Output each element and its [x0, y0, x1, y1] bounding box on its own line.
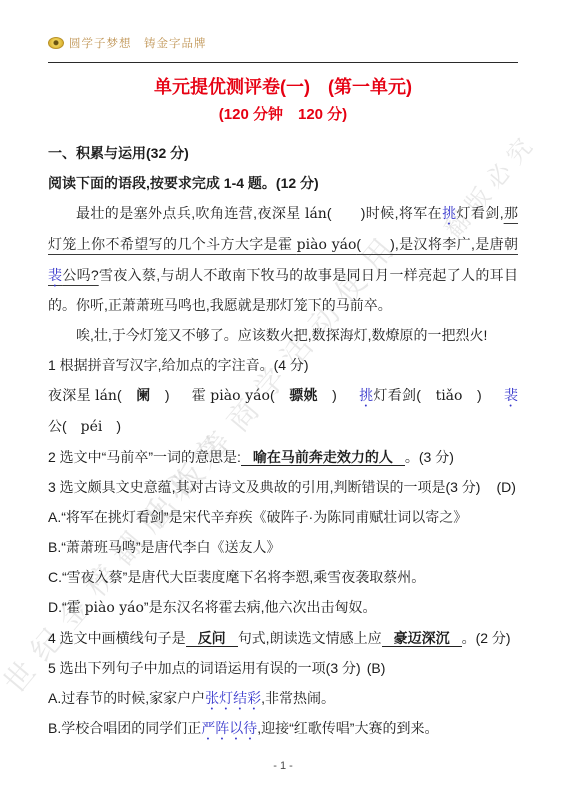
- section-heading: 一、积累与运用(32 分): [48, 138, 518, 168]
- option-text: ,迎接“红歌传唱”大赛的到来。: [257, 720, 438, 736]
- exam-body: 一、积累与运用(32 分) 阅读下面的语段,按要求完成 1-4 题。(12 分)…: [48, 138, 518, 743]
- pinyin-text: lán: [95, 388, 117, 404]
- question-text: 2 选文中“马前卒”一词的意思是:: [48, 449, 241, 465]
- paren: ): [102, 418, 121, 434]
- paren: ): [151, 387, 170, 403]
- brand-seal-icon: [48, 37, 64, 49]
- question-5-option-a: A.过春节的时候,家家户户张灯结彩,非常热闹。: [48, 683, 518, 713]
- dotted-char-tiao: 挑: [359, 387, 374, 403]
- answer-item: 霍 piào yáo( 骠姚 ): [191, 387, 336, 403]
- question-4: 4 选文中画横线句子是反问句式,朗读选文情感上应豪迈深沉。(2 分): [48, 623, 518, 653]
- paren: (: [270, 387, 289, 403]
- answer-key: (D): [496, 479, 515, 495]
- pinyin-text: piào yáo: [85, 600, 144, 616]
- question-1-answers: 夜深星 lán( 阑 )霍 piào yáo( 骠姚 )挑灯看剑( tiǎo )…: [48, 380, 518, 442]
- passage-text: ( )时候,将军在: [327, 205, 442, 221]
- question-text: 。(3 分): [405, 449, 454, 465]
- option-text: B.学校合唱团的同学们正: [48, 720, 201, 736]
- dotted-word: 严阵以待: [201, 720, 257, 736]
- question-text: 4 选文中画横线句子是: [48, 630, 186, 646]
- brand-text: 圆学子梦想 铸金字品牌: [69, 35, 207, 51]
- passage-intro: 阅读下面的语段,按要求完成 1-4 题。(12 分): [48, 168, 518, 198]
- pinyin-text: piào yáo: [210, 388, 270, 404]
- answer-key: (B): [367, 660, 386, 676]
- stem-text: 公: [48, 418, 62, 434]
- stem-text: 霍: [191, 387, 210, 403]
- answer-pinyin: tiǎo: [436, 388, 463, 404]
- answer-blank: 喻在马前奔走效力的人: [241, 449, 405, 466]
- answer-blank: 豪迈深沉: [382, 630, 462, 647]
- dotted-word: 张灯结彩: [205, 690, 261, 706]
- question-text: 句式,朗读选文情感上应: [238, 630, 382, 646]
- paren: ): [462, 387, 481, 403]
- brand-header: 圆学子梦想 铸金字品牌: [48, 33, 518, 53]
- answer-item: 夜深星 lán( 阑 ): [48, 387, 169, 403]
- page-number: - 1 -: [0, 760, 566, 772]
- option-text: ”是东汉名将霍去病,他六次出击匈奴。: [144, 599, 377, 615]
- question-text: 5 选出下列句子中加点的词语运用有误的一项(3 分): [48, 660, 361, 676]
- question-3-option-a: A.“将军在挑灯看剑”是宋代辛弃疾《破阵子·为陈同甫赋壮词以寄之》: [48, 502, 518, 532]
- passage-text: 灯看剑,: [457, 205, 504, 221]
- dotted-char-pei: 裴: [504, 387, 518, 403]
- question-3-option-d: D.“霍 piào yáo”是东汉名将霍去病,他六次出击匈奴。: [48, 592, 518, 623]
- answer-pinyin: péi: [81, 419, 103, 435]
- option-text: ,非常热闹。: [261, 690, 335, 706]
- question-text: 3 选文颇具文史意蕴,其对古诗文及典故的引用,判断错误的一项是(3 分): [48, 479, 480, 495]
- pinyin-text: lán: [305, 206, 327, 222]
- question-2: 2 选文中“马前卒”一词的意思是:喻在马前奔走效力的人。(3 分): [48, 442, 518, 472]
- page-title: 单元提优测评卷(一) (第一单元): [48, 75, 518, 99]
- answer-text: 骠姚: [289, 387, 318, 403]
- passage-text: 雪夜入蔡,与胡人不敢南下牧马的故事是同日月一样亮起了人的耳目的。你听,正萧萧班马…: [48, 267, 518, 313]
- paren: (: [416, 387, 435, 403]
- answer-text: 阑: [136, 387, 150, 403]
- option-text: D.“霍: [48, 599, 85, 615]
- stem-text: 灯看剑: [373, 387, 416, 403]
- answer-blank: 反问: [186, 630, 238, 647]
- question-3-label: 3 选文颇具文史意蕴,其对古诗文及典故的引用,判断错误的一项是(3 分)(D): [48, 472, 518, 502]
- question-3-option-c: C.“雪夜入蔡”是唐代大臣裴度麾下名将李愬,乘雪夜袭取蔡州。: [48, 562, 518, 592]
- passage-text: 公吗?: [62, 267, 98, 283]
- test-paper-page: 世纪金榜翻版必究 出版等商学活动使用 翻版必究 圆学子梦想 铸金字品牌 单元提优…: [0, 0, 566, 800]
- question-text: 。(2 分): [462, 630, 511, 646]
- header-divider: [48, 62, 518, 63]
- option-text: A.过春节的时候,家家户户: [48, 690, 205, 706]
- question-3-option-b: B.“萧萧班马鸣”是唐代李白《送友人》: [48, 532, 518, 562]
- question-5-label: 5 选出下列句子中加点的词语运用有误的一项(3 分)(B): [48, 653, 518, 683]
- answer-item: 挑灯看剑( tiǎo ): [359, 387, 482, 403]
- page-subtitle: (120 分钟 120 分): [48, 104, 518, 126]
- passage-text: ( ),是汉将李广,是唐朝: [356, 236, 518, 252]
- passage-paragraph-1: 最壮的是塞外点兵,吹角连营,夜深星 lán( )时候,将军在挑灯看剑,那灯笼上你…: [48, 198, 518, 320]
- question-1-label: 1 根据拼音写汉字,给加点的字注音。(4 分): [48, 350, 518, 380]
- question-5-option-b: B.学校合唱团的同学们正严阵以待,迎接“红歌传唱”大赛的到来。: [48, 713, 518, 743]
- paren: (: [62, 418, 81, 434]
- paren: (: [117, 387, 136, 403]
- stem-text: 夜深星: [48, 387, 95, 403]
- paren: ): [318, 387, 337, 403]
- dotted-char-pei: 裴: [48, 267, 62, 283]
- passage-text: 最壮的是塞外点兵,吹角连营,夜深星: [76, 205, 305, 221]
- dotted-char-tiao: 挑: [442, 205, 456, 221]
- document-content: 圆学子梦想 铸金字品牌 单元提优测评卷(一) (第一单元) (120 分钟 12…: [0, 0, 566, 743]
- passage-paragraph-2: 唉,壮,于今灯笼又不够了。应该数火把,数探海灯,数燎原的一把烈火!: [48, 320, 518, 350]
- pinyin-text: piào yáo: [297, 237, 357, 253]
